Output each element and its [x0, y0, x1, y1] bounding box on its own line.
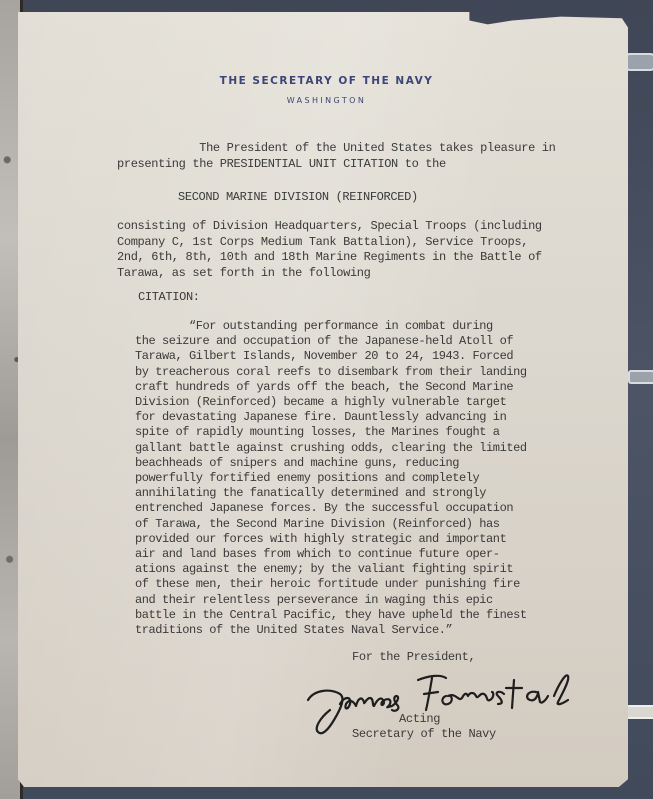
frame-clip: [626, 705, 653, 719]
text-line: for devastating Japanese fire. Dauntless…: [135, 410, 527, 425]
text-line: battle in the Central Pacific, they have…: [135, 608, 527, 623]
text-line: entrenched Japanese forces. By the succe…: [135, 501, 527, 516]
text-line: craft hundreds of yards off the beach, t…: [135, 380, 527, 395]
text-line: and their relentless perseverance in wag…: [135, 593, 527, 608]
text-line: the seizure and occupation of the Japane…: [135, 334, 527, 349]
text-line: annihilating the fanatically determined …: [135, 486, 527, 501]
text-line: provided our forces with highly strategi…: [135, 532, 527, 547]
text-line: ations against the enemy; by the valiant…: [135, 562, 527, 577]
unit-composition-paragraph: consisting of Division Headquarters, Spe…: [117, 219, 542, 281]
letterhead-title: THE SECRETARY OF THE NAVY: [0, 75, 653, 87]
text-line: air and land bases from which to continu…: [135, 547, 527, 562]
unit-name: SECOND MARINE DIVISION (REINFORCED): [178, 190, 418, 206]
intro-paragraph: The President of the United States takes…: [117, 141, 555, 172]
citation-heading: CITATION:: [138, 290, 200, 306]
letterhead-subtitle: WASHINGTON: [0, 96, 653, 105]
text-line: gallant battle against crushing odds, cl…: [135, 441, 527, 456]
text-line: traditions of the United States Naval Se…: [135, 623, 527, 638]
text-line: Tarawa, Gilbert Islands, November 20 to …: [135, 349, 527, 364]
text-line: Division (Reinforced) became a highly vu…: [135, 395, 527, 410]
text-line: “For outstanding performance in combat d…: [135, 319, 527, 334]
citation-body: “For outstanding performance in combat d…: [135, 319, 527, 638]
text-line: spite of rapidly mounting losses, the Ma…: [135, 425, 527, 440]
text-line: of these men, their heroic fortitude und…: [135, 577, 527, 592]
text-line: Tarawa, as set forth in the following: [117, 266, 542, 282]
text-line: presenting the PRESIDENTIAL UNIT CITATIO…: [117, 157, 555, 173]
text-line: 2nd, 6th, 8th, 10th and 18th Marine Regi…: [117, 250, 542, 266]
text-line: powerfully fortified enemy positions and…: [135, 471, 527, 486]
frame-clip: [628, 370, 653, 384]
signer-title: Secretary of the Navy: [352, 727, 496, 743]
text-line: The President of the United States takes…: [117, 141, 555, 157]
text-line: of Tarawa, the Second Marine Division (R…: [135, 517, 527, 532]
text-line: Company C, 1st Corps Medium Tank Battali…: [117, 235, 542, 251]
text-line: beachheads of snipers and machine guns, …: [135, 456, 527, 471]
text-line: consisting of Division Headquarters, Spe…: [117, 219, 542, 235]
signer-title-acting: Acting: [399, 712, 440, 728]
text-line: by treacherous coral reefs to disembark …: [135, 365, 527, 380]
